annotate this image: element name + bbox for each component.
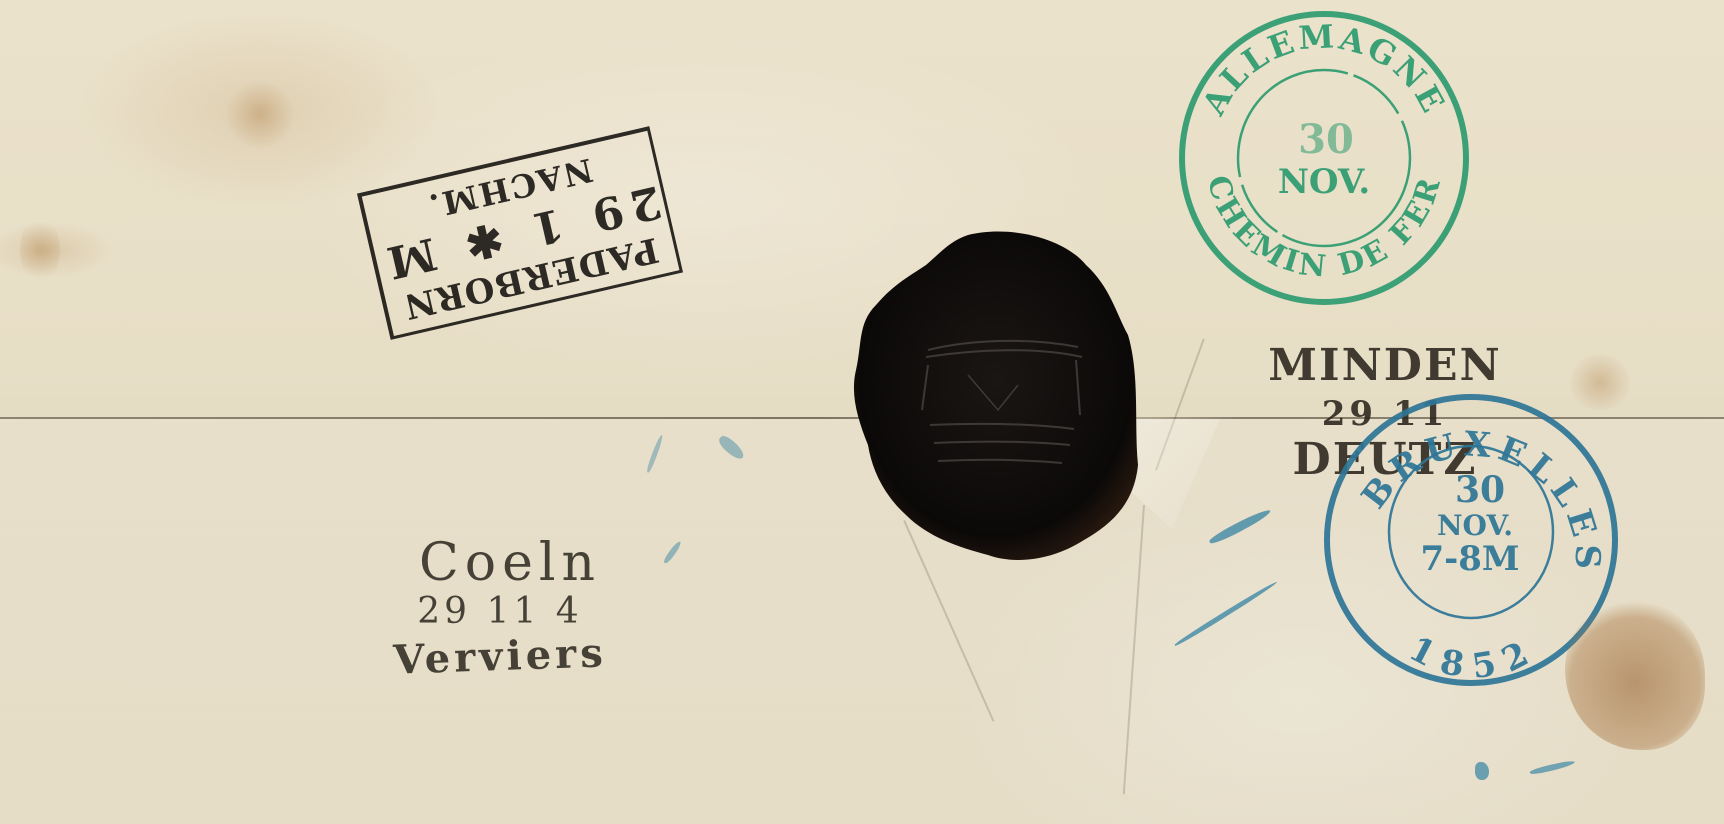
wax-seal [848, 225, 1140, 565]
coeln-line-2: 29 11 4 [345, 591, 655, 633]
svg-text:1852: 1852 [1402, 629, 1545, 688]
blue-crayon-mark [1475, 762, 1489, 780]
paderborn-postmark: PADERBORN 29 1 ✱ M NACHM. [357, 126, 683, 340]
allemagne-day: 30 [1298, 116, 1354, 163]
brown-stain [1565, 355, 1635, 410]
bruxelles-day: 30 [1455, 469, 1505, 511]
bruxelles-year: 1852 [1402, 629, 1545, 688]
postal-cover: PADERBORN 29 1 ✱ M NACHM. [0, 0, 1724, 824]
bruxelles-month: NOV. [1437, 509, 1513, 542]
coeln-line-3: Verviers [344, 628, 655, 687]
brown-stain [225, 80, 295, 150]
coeln-verviers-postmark: Coeln 29 11 4 Verviers [345, 535, 655, 681]
minden-line-1: MINDEN [1265, 340, 1505, 392]
allemagne-month: NOV. [1278, 162, 1370, 202]
brown-stain [20, 215, 60, 285]
coeln-line-1: Coeln [345, 535, 655, 591]
allemagne-chemin-de-fer-postmark: ALLEMAGNE CHEMIN DE FER 30 NOV. [1176, 8, 1472, 308]
bruxelles-time: 7-8M [1420, 539, 1519, 579]
